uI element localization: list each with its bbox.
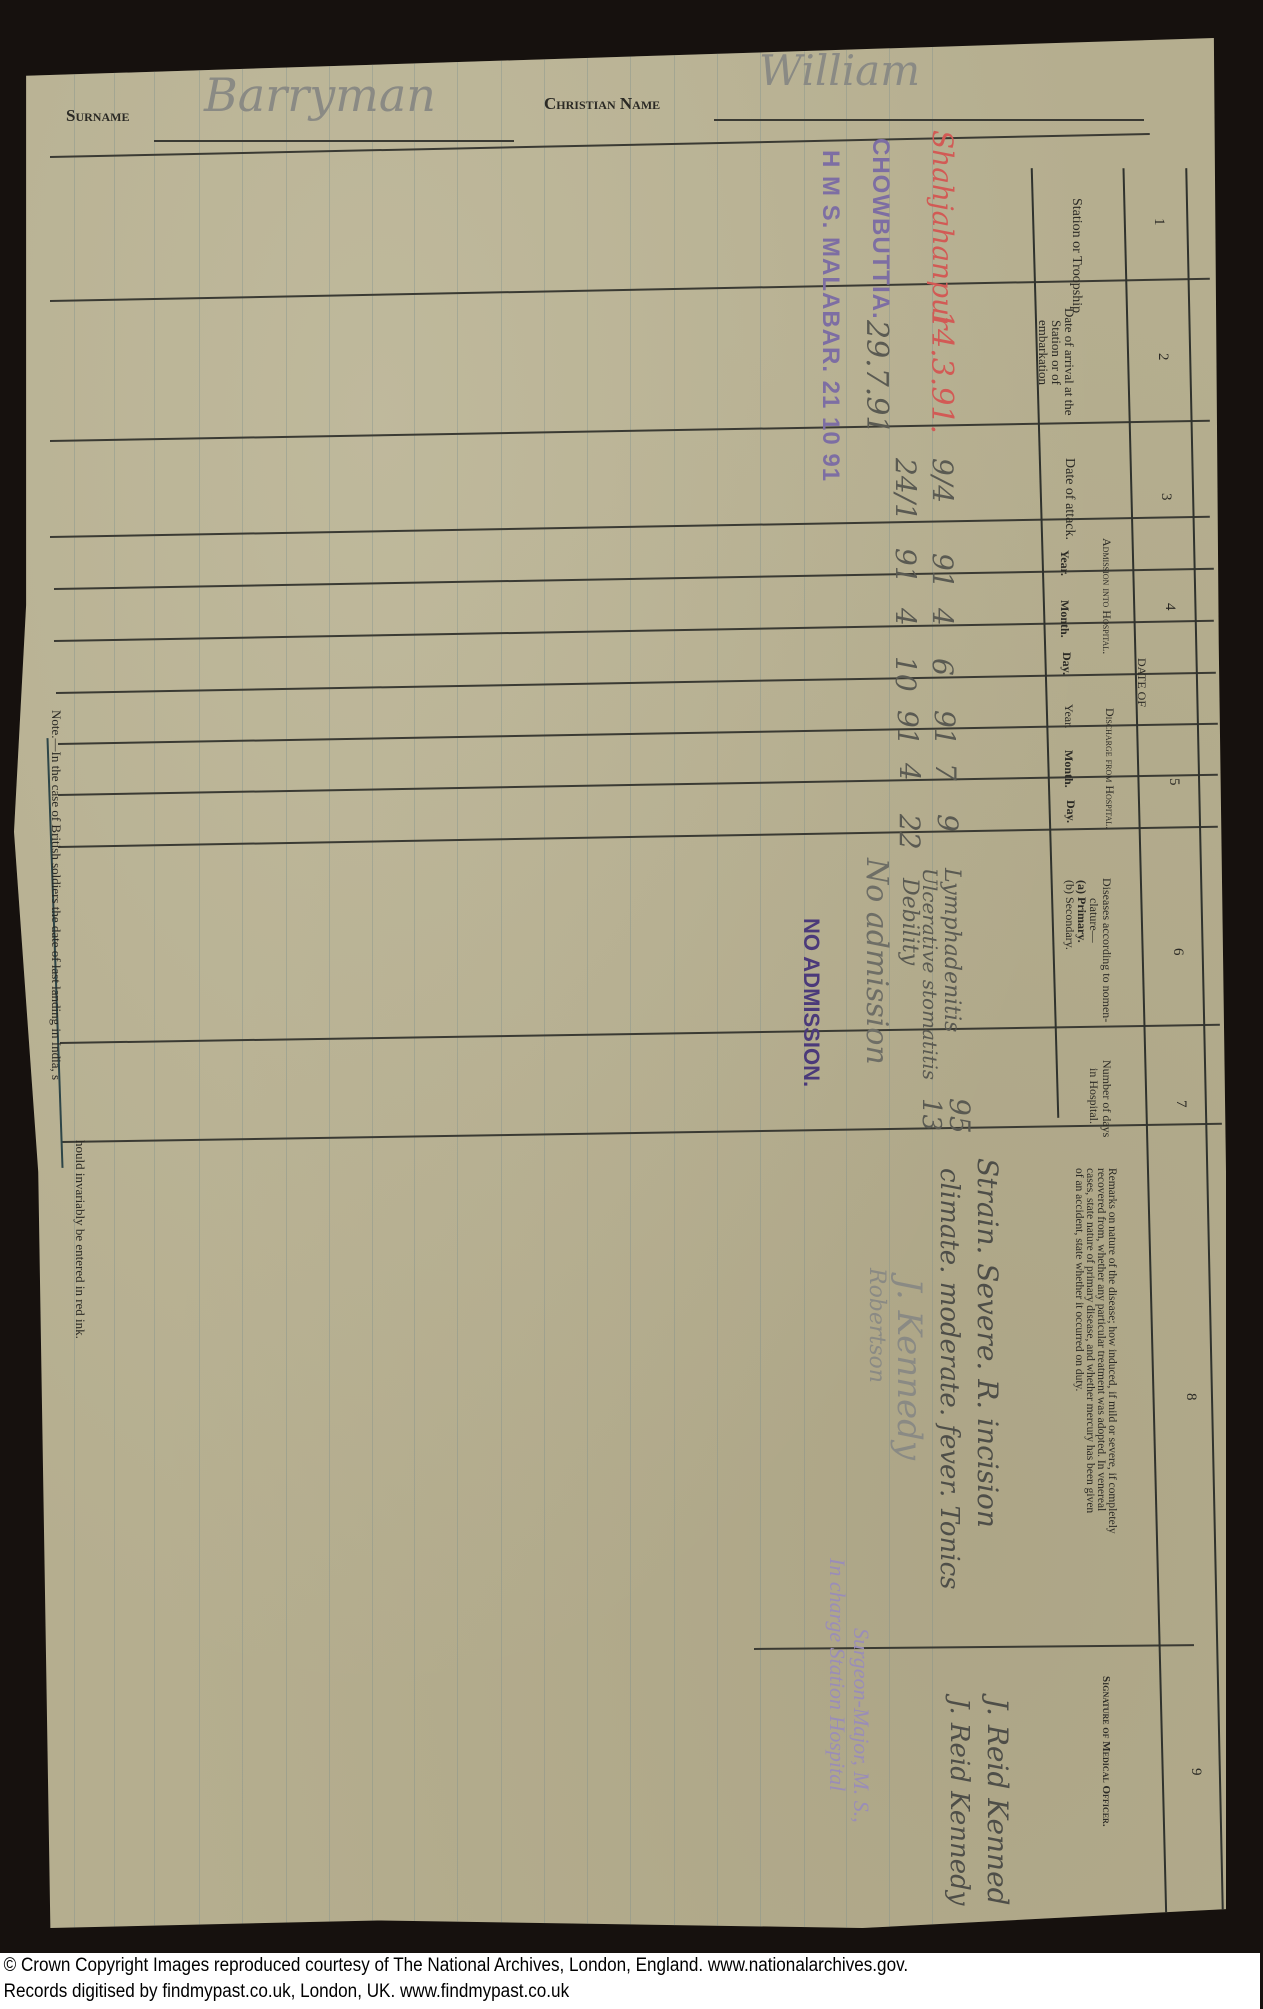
column-rule-4c: [56, 672, 1216, 694]
col7-number: 7: [1172, 1100, 1189, 1108]
col6-header-d: (b) Secondary.: [1062, 880, 1077, 950]
column-rule-6: [60, 1024, 1220, 1044]
date-of-header: DATE OF: [1134, 658, 1149, 707]
column-rule-5c: [58, 826, 1218, 848]
col9-header: Signature of Medical Officer.: [1100, 1676, 1112, 1827]
col2-number: 2: [1154, 353, 1171, 361]
row2-dis-year: 91: [891, 710, 924, 746]
row2-adm-day: 10: [889, 656, 922, 692]
header-inner-border: [1031, 168, 1060, 1118]
col6-number: 6: [1169, 948, 1186, 956]
col8-header-c: cases, state nature of primary disease, …: [1084, 1168, 1096, 1513]
copyright-footer: © Crown Copyright Images reproduced cour…: [0, 1953, 1260, 2009]
col5-number: 5: [1165, 778, 1182, 786]
row3-signature: J. Kennedy: [889, 1278, 929, 1460]
arrival-date-entry: 14.3.91.: [924, 310, 959, 434]
row3-signature-sub: Robertson: [864, 1268, 889, 1383]
register-page: Surname Barryman Christian Name William …: [14, 38, 1226, 1928]
row2-signature: J. Reid Kennedy: [944, 1698, 974, 1905]
column-rule-4a: [54, 568, 1214, 590]
admission-header: Admission into Hospital.: [1099, 538, 1114, 654]
row2-adm-month: 4: [889, 608, 922, 626]
grid-line: [154, 38, 155, 1928]
grid-line: [717, 38, 718, 1928]
dis-month: Month.: [1061, 750, 1076, 788]
row3-no-admission: No admission: [859, 858, 894, 1065]
christian-name-label: Christian Name: [544, 94, 660, 114]
col7-header-b: in Hospital.: [1086, 1068, 1101, 1124]
header-outer-border: [1123, 168, 1168, 1928]
grid-line: [760, 38, 761, 1928]
grid-line: [457, 38, 458, 1928]
dis-day: Day.: [1063, 800, 1078, 823]
christian-name-underline: [714, 119, 1144, 121]
grid-line: [414, 38, 415, 1928]
station-entry: Shahjahanpur: [926, 130, 959, 329]
page-right-border: [1185, 168, 1224, 1958]
col8-number: 8: [1182, 1393, 1199, 1401]
col8-header-d: of an accident, state whether it occurre…: [1073, 1168, 1085, 1391]
row1-remarks: Strain. Severe. R. incision: [971, 1158, 1004, 1528]
adm-month: Month.: [1057, 600, 1072, 638]
grid-line: [242, 38, 243, 1928]
col4-number: 4: [1161, 603, 1178, 611]
col8-header-a: Remarks on nature of the disease; how in…: [1106, 1168, 1118, 1534]
surname-label: Surname: [66, 106, 129, 126]
column-rule-5b: [58, 774, 1218, 796]
row1-attack: 9/4: [926, 458, 959, 503]
grid-line: [114, 38, 115, 1928]
row2-dis-month: 4: [893, 763, 926, 781]
surgeon-major-stamp: Surgeon-Major, M. S.,: [848, 1628, 874, 1823]
surname-value: Barryman: [204, 68, 436, 122]
column-rule-8: [754, 1644, 1194, 1650]
grid-line: [199, 38, 200, 1928]
row1-dis-day: 9: [931, 814, 964, 832]
row2-disease-b: Debility: [897, 878, 922, 965]
col3-number: 3: [1157, 493, 1174, 501]
grid-line: [501, 38, 502, 1928]
row2-attack: 24/1: [889, 458, 922, 521]
col3-header: Date of attack.: [1061, 458, 1077, 540]
header-rule: [50, 133, 1150, 158]
row2-adm-year: 91: [889, 548, 922, 584]
surname-underline: [154, 140, 514, 142]
grid-line: [587, 38, 588, 1928]
col7-header-a: Number of days: [1099, 1060, 1114, 1137]
row1-dis-year: 91: [928, 710, 961, 746]
no-admission-stamp: NO ADMISSION.: [798, 918, 824, 1087]
column-rule-5a: [58, 723, 1218, 745]
adm-year: Year.: [1057, 550, 1072, 576]
dis-year: Year.: [1061, 704, 1076, 728]
column-rule-7: [62, 1123, 1222, 1143]
row2-days: 13: [916, 1098, 946, 1131]
grid-line: [372, 38, 373, 1928]
grid-line: [286, 38, 287, 1928]
col1-header: Station or Troopship: [1068, 198, 1084, 313]
col1-number: 1: [1150, 218, 1167, 226]
row1-days: 95: [943, 1098, 976, 1134]
row1-disease: Lymphadenitis: [939, 868, 964, 1032]
discharge-header: Discharge from Hospital.: [1102, 708, 1117, 829]
chowbuttia-stamp: CHOWBUTTIA.: [866, 138, 894, 320]
column-rule-4b: [54, 620, 1214, 642]
row1-dis-month: 7: [929, 763, 962, 781]
note-text-b: hould invariably be entered in red ink.: [72, 1140, 88, 1339]
col9-number: 9: [1187, 1768, 1204, 1776]
grid-line: [630, 38, 631, 1928]
copyright-line-1: © Crown Copyright Images reproduced cour…: [4, 1953, 1260, 1979]
row1-adm-year: 91: [926, 553, 959, 589]
grid-line: [74, 38, 75, 1928]
col8-header-b: recovered from, whether any particular t…: [1095, 1168, 1107, 1511]
malabar-stamp: H M S. MALABAR. 21 10 91: [816, 150, 844, 482]
christian-name-value: William: [759, 46, 920, 95]
col2-header-c: embarkation: [1035, 320, 1051, 385]
row1-signature: J. Reid Kenned: [981, 1698, 1014, 1906]
chowbuttia-date: 29.7.91: [859, 320, 894, 435]
col6-header-a: Diseases according to nomen-: [1099, 878, 1114, 1022]
row2-remarks: climate. moderate. fever. Tonics: [934, 1168, 964, 1589]
grid-line: [544, 38, 545, 1928]
note-text-a: Note.—In the case of British soldiers th…: [48, 710, 64, 1080]
row1-adm-day: 6: [926, 658, 959, 676]
copyright-line-2: Records digitised by findmypast.co.uk, L…: [4, 1979, 1260, 2005]
in-charge-stamp: In charge Station Hospital: [824, 1558, 850, 1791]
adm-day: Day.: [1059, 652, 1074, 675]
grid-line: [674, 38, 675, 1928]
row2-dis-day: 22: [893, 814, 926, 850]
grid-line: [329, 38, 330, 1928]
row1-adm-month: 4: [926, 608, 959, 626]
